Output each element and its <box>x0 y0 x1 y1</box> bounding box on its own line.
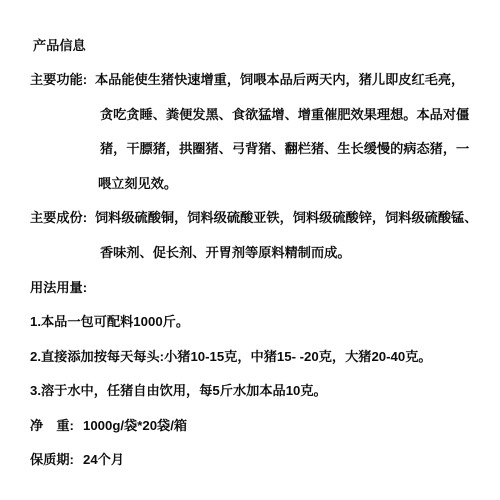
usage-item-1: 1.本品一包可配料1000斤。 <box>0 305 500 340</box>
main-function-line-1: 主要功能:本品能使生猪快速增重，饲喂本品后两天内，猪儿即皮红毛亮， <box>0 63 500 98</box>
main-function-text-4: 喂立刻见效。 <box>0 167 500 202</box>
usage-heading: 用法用量: <box>0 271 500 306</box>
page-title: 产品信息 <box>0 29 500 64</box>
ingredients-label: 主要成份: <box>30 201 95 236</box>
usage-item-2: 2.直接添加按每天每头:小猪10-15克，中猪15- -20克，大猪20-40克… <box>0 340 500 375</box>
product-info-document: 产品信息 主要功能:本品能使生猪快速增重，饲喂本品后两天内，猪儿即皮红毛亮， 贪… <box>0 0 500 500</box>
shelf-life-label: 保质期: <box>30 443 83 478</box>
net-weight-value: 1000g/袋*20袋/箱 <box>83 418 187 433</box>
net-weight-line: 净 重:1000g/袋*20袋/箱 <box>0 409 500 444</box>
shelf-life-line: 保质期:24个月 <box>0 443 500 478</box>
main-function-text-2: 贪吃贪睡、粪便发黑、食欲猛增、增重催肥效果理想。本品对僵 <box>0 98 500 133</box>
ingredients-text-2: 香味剂、促长剂、开胃剂等原料精制而成。 <box>0 236 500 271</box>
usage-item-3: 3.溶于水中，任猪自由饮用，每5斤水加本品10克。 <box>0 374 500 409</box>
ingredients-text-1: 饲料级硫酸铜，饲料级硫酸亚铁，饲料级硫酸锌，饲料级硫酸锰、 <box>95 210 477 225</box>
main-function-text-3: 猪，干膘猪，拱圈猪、弓背猪、翻栏猪、生长缓慢的病态猪，一 <box>0 132 500 167</box>
net-weight-label: 净 重: <box>30 409 83 444</box>
shelf-life-value: 24个月 <box>83 452 124 467</box>
ingredients-line-1: 主要成份:饲料级硫酸铜，饲料级硫酸亚铁，饲料级硫酸锌，饲料级硫酸锰、 <box>0 201 500 236</box>
main-function-text-1: 本品能使生猪快速增重，饲喂本品后两天内，猪儿即皮红毛亮， <box>95 72 464 87</box>
main-function-label: 主要功能: <box>30 63 95 98</box>
